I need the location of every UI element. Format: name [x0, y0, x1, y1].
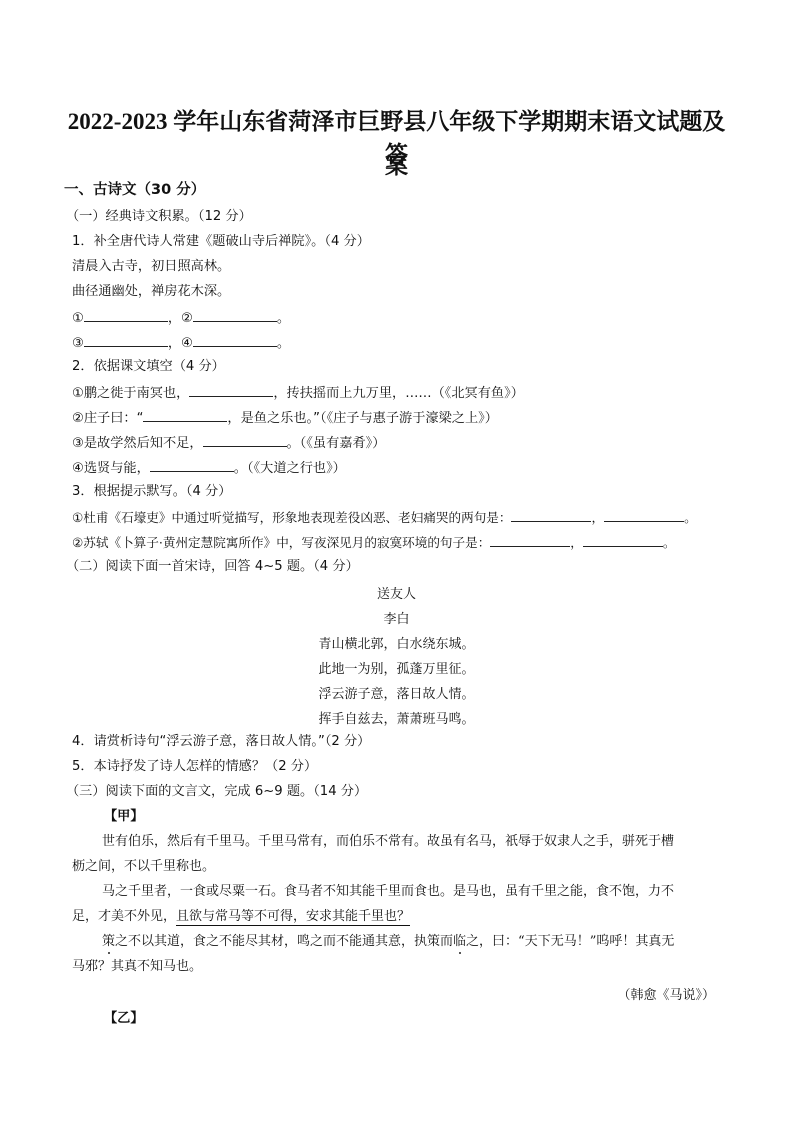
answer-blank[interactable]	[189, 383, 273, 397]
q1-poem-line1: 清晨入古寺，初日照高林。	[72, 258, 230, 276]
text-yi-label: 【乙】	[104, 1010, 144, 1028]
poem-author: 李白	[0, 608, 793, 627]
q2-item-text: ，抟扶摇而上九万里，……（《北冥有鱼》）	[273, 386, 524, 401]
passage-para1-line2: 枥之间，不以千里称也。	[72, 858, 215, 876]
emphasized-char: 策	[102, 934, 115, 949]
q2-item-text: ④选贤与能，	[72, 461, 150, 476]
document-title-line2: 案	[60, 147, 733, 180]
answer-blank-4[interactable]	[193, 333, 277, 347]
answer-blank[interactable]	[583, 533, 663, 547]
q2-prompt: 2．依据课文填空（4 分）	[72, 358, 225, 376]
q3-item-2: ②苏轼《卜算子·黄州定慧院寓所作》中，写夜深见月的寂寞环境的句子是：，。	[72, 533, 675, 552]
period: 。	[684, 510, 697, 525]
q3-item-text: ①杜甫《石壕吏》中通过听觉描写，形象地表现差役凶恶、老妇痛哭的两句是：	[72, 510, 511, 525]
blank-label-1: ①	[72, 311, 84, 326]
answer-blank-3[interactable]	[84, 333, 168, 347]
blank-end: 。	[277, 336, 290, 351]
blank-label-3: ③	[72, 336, 84, 351]
comma: ，	[570, 535, 583, 550]
q3-prompt: 3．根据提示默写。（4 分）	[72, 483, 231, 501]
passage-text: 足，才美不外见，	[72, 909, 176, 924]
q2-item-3: ③是故学然后知不足，。（《虽有嘉肴》）	[72, 433, 385, 453]
q2-item-text: ，是鱼之乐也。”（《庄子与惠子游于濠梁之上》）	[227, 411, 498, 426]
q2-item-text: ①鹏之徙于南冥也，	[72, 386, 189, 401]
period: 。	[663, 535, 676, 550]
poem-line: 青山横北郭，白水绕东城。	[0, 633, 793, 652]
poem-line: 此地一为别，孤蓬万里征。	[0, 658, 793, 677]
poem-line: 浮云游子意，落日故人情。	[0, 683, 793, 702]
answer-blank[interactable]	[604, 508, 684, 522]
exam-page: 2022-2023 学年山东省菏泽市巨野县八年级下学期期末语文试题及答 案 一、…	[0, 0, 793, 1122]
blank-label-2: ，②	[168, 311, 193, 326]
q1-poem-line2: 曲径通幽处，禅房花木深。	[72, 283, 230, 301]
q2-item-text: ③是故学然后知不足，	[72, 436, 203, 451]
answer-blank[interactable]	[143, 408, 227, 422]
q1-blank-row2: ③，④。	[72, 333, 290, 353]
q3-item-text: ②苏轼《卜算子·黄州定慧院寓所作》中，写夜深见月的寂寞环境的句子是：	[72, 535, 490, 550]
q2-item-text: ②庄子曰：“	[72, 411, 143, 426]
passage-para1-line1: 世有伯乐，然后有千里马。千里马常有，而伯乐不常有。故虽有名马，祇辱于奴隶人之手，…	[102, 833, 674, 851]
section-heading: 一、古诗文（30 分）	[64, 181, 205, 199]
answer-blank[interactable]	[150, 458, 234, 472]
q2-item-2: ②庄子曰：“，是鱼之乐也。”（《庄子与惠子游于濠梁之上》）	[72, 408, 498, 428]
passage-para2-line2: 足，才美不外见，且欲与常马等不可得，安求其能千里也？	[72, 908, 410, 926]
text-jia-label: 【甲】	[104, 808, 144, 826]
passage-para3-line2: 马邪？其真不知马也。	[72, 958, 202, 976]
part3-heading: （三）阅读下面的文言文，完成 6~9 题。（14 分）	[66, 783, 367, 801]
poem-title: 送友人	[0, 583, 793, 602]
answer-blank[interactable]	[203, 433, 287, 447]
passage-source: （韩愈《马说》）	[617, 984, 715, 1003]
answer-blank-2[interactable]	[193, 308, 277, 322]
q3-item-1: ①杜甫《石壕吏》中通过听觉描写，形象地表现差役凶恶、老妇痛哭的两句是：，。	[72, 508, 697, 527]
q2-item-text: 。（《虽有嘉肴》）	[287, 436, 386, 451]
q1-prompt: 1．补全唐代诗人常建《题破山寺后禅院》。（4 分）	[72, 233, 370, 251]
part2-heading: （二）阅读下面一首宋诗，回答 4~5 题。（4 分）	[66, 558, 359, 576]
underlined-sentence: 且欲与常马等不可得，安求其能千里也？	[176, 909, 410, 926]
passage-text: 之不以其道，食之不能尽其材，鸣之而不能通其意，执策而	[115, 934, 453, 949]
answer-blank[interactable]	[490, 533, 570, 547]
q5-prompt: 5．本诗抒发了诗人怎样的情感？（2 分）	[72, 758, 317, 776]
q2-item-4: ④选贤与能，。（《大道之行也》）	[72, 458, 346, 478]
answer-blank-1[interactable]	[84, 308, 168, 322]
q1-blank-row1: ①，②。	[72, 308, 290, 328]
emphasized-char: 临	[453, 934, 466, 949]
passage-para3-line1: 策之不以其道，食之不能尽其材，鸣之而不能通其意，执策而临之，曰：“天下无马！”呜…	[102, 933, 674, 951]
part1-heading: （一）经典诗文积累。（12 分）	[66, 208, 252, 226]
comma: ，	[591, 510, 604, 525]
blank-label-4: ，④	[168, 336, 193, 351]
passage-text: 之，曰：“天下无马！”呜呼！其真无	[466, 934, 674, 949]
passage-para2-line1: 马之千里者，一食或尽粟一石。食马者不知其能千里而食也。是马也，虽有千里之能，食不…	[102, 883, 674, 901]
q2-item-1: ①鹏之徙于南冥也，，抟扶摇而上九万里，……（《北冥有鱼》）	[72, 383, 524, 403]
blank-end: 。	[277, 311, 290, 326]
answer-blank[interactable]	[511, 508, 591, 522]
q2-item-text: 。（《大道之行也》）	[234, 461, 346, 476]
poem-line: 挥手自兹去，萧萧班马鸣。	[0, 708, 793, 727]
q4-prompt: 4．请赏析诗句“浮云游子意，落日故人情。”（2 分）	[72, 733, 370, 751]
